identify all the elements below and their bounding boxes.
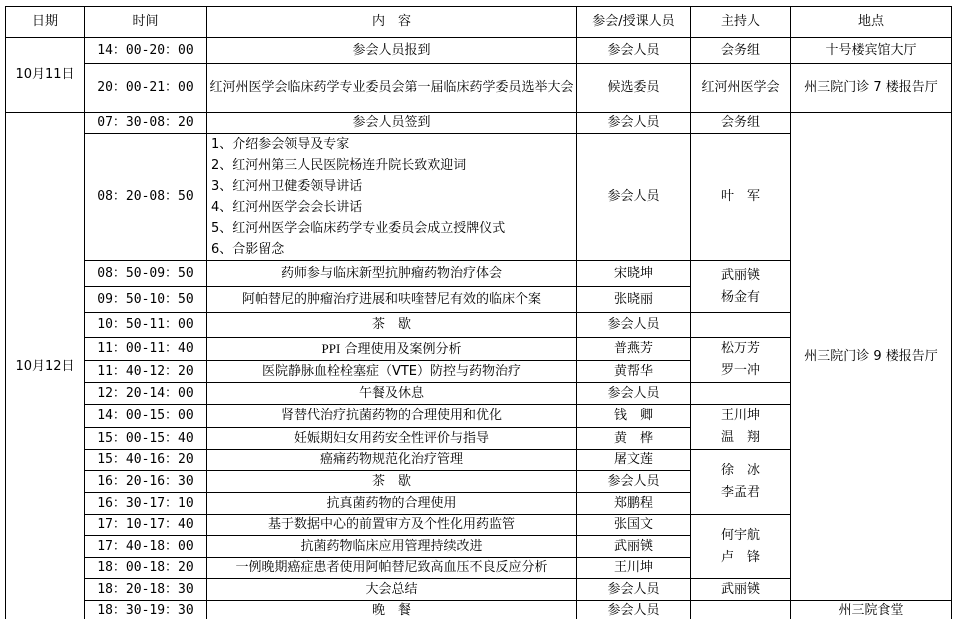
date-cell: 10月11日 <box>6 38 85 113</box>
host-cell: 会务组 <box>691 38 791 64</box>
time-cell: 08：50-09：50 <box>85 261 207 287</box>
host-cell-group: 武丽锳 杨金有 <box>691 261 791 313</box>
location-cell: 州三院食堂 <box>791 601 952 619</box>
time-cell: 12：20-14：00 <box>85 383 207 405</box>
host-cell: 红河州医学会 <box>691 64 791 113</box>
table-row: 20：00-21：00 红河州医学会临床药学专业委员会第一届临床药学委员选举大会… <box>6 64 952 113</box>
time-cell: 16：30-17：10 <box>85 493 207 515</box>
agenda-item: 1、介绍参会领导及专家 <box>211 134 574 155</box>
location-cell: 州三院门诊 9 楼报告厅 <box>791 113 952 601</box>
speaker-cell: 屠文莲 <box>577 450 691 471</box>
speaker-cell: 张晓丽 <box>577 287 691 313</box>
speaker-cell: 宋晓坤 <box>577 261 691 287</box>
content-prefix: PPI <box>322 341 341 356</box>
host-cell-group: 松万芳 罗一冲 <box>691 338 791 383</box>
host-cell-group: 王川坤 温 翔 <box>691 405 791 450</box>
content-cell: 药师参与临床新型抗肿瘤药物治疗体会 <box>207 261 577 287</box>
host-cell <box>691 383 791 405</box>
host-name: 武丽锳 <box>693 265 788 287</box>
host-name: 卢 锋 <box>693 547 788 569</box>
host-cell-group: 何宇航 卢 锋 <box>691 515 791 579</box>
content-cell: 妊娠期妇女用药安全性评价与指导 <box>207 428 577 450</box>
time-cell: 17：10-17：40 <box>85 515 207 536</box>
content-cell: 医院静脉血栓栓塞症（VTE）防控与药物治疗 <box>207 361 577 383</box>
content-cell: 阿帕替尼的肿瘤治疗进展和呋喹替尼有效的临床个案 <box>207 287 577 313</box>
speaker-cell: 张国文 <box>577 515 691 536</box>
host-cell: 武丽锳 <box>691 579 791 601</box>
time-cell: 15：00-15：40 <box>85 428 207 450</box>
content-cell: PPI 合理使用及案例分析 <box>207 338 577 361</box>
content-cell: 茶 歇 <box>207 313 577 338</box>
header-row: 日期 时间 内 容 参会/授课人员 主持人 地点 <box>6 7 952 38</box>
header-date: 日期 <box>6 7 85 38</box>
header-host: 主持人 <box>691 7 791 38</box>
speaker-cell: 参会人员 <box>577 134 691 261</box>
content-cell: 红河州医学会临床药学专业委员会第一届临床药学委员选举大会 <box>207 64 577 113</box>
content-cell: 癌痛药物规范化治疗管理 <box>207 450 577 471</box>
time-cell: 08：20-08：50 <box>85 134 207 261</box>
table-row: 18：30-19：30 晚 餐 参会人员 州三院食堂 <box>6 601 952 619</box>
agenda-item: 6、合影留念 <box>211 239 574 260</box>
conference-schedule-table: 日期 时间 内 容 参会/授课人员 主持人 地点 10月11日 14：00-20… <box>5 6 952 619</box>
speaker-cell: 黄 桦 <box>577 428 691 450</box>
speaker-cell: 参会人员 <box>577 38 691 64</box>
time-cell: 09：50-10：50 <box>85 287 207 313</box>
host-name: 松万芳 <box>693 338 788 360</box>
host-name: 罗一冲 <box>693 360 788 382</box>
content-cell-agenda-list: 1、介绍参会领导及专家 2、红河州第三人民医院杨连升院长致欢迎词 3、红河州卫健… <box>207 134 577 261</box>
speaker-cell: 参会人员 <box>577 383 691 405</box>
speaker-cell: 王川坤 <box>577 558 691 579</box>
header-time: 时间 <box>85 7 207 38</box>
time-cell: 15：40-16：20 <box>85 450 207 471</box>
header-location: 地点 <box>791 7 952 38</box>
content-cell: 抗真菌药物的合理使用 <box>207 493 577 515</box>
location-cell: 十号楼宾馆大厅 <box>791 38 952 64</box>
time-cell: 18：30-19：30 <box>85 601 207 619</box>
time-cell: 11：00-11：40 <box>85 338 207 361</box>
agenda-item: 3、红河州卫健委领导讲话 <box>211 176 574 197</box>
content-cell: 午餐及休息 <box>207 383 577 405</box>
content-cell: 茶 歇 <box>207 471 577 493</box>
content-text: 合理使用及案例分析 <box>344 342 461 357</box>
content-cell: 肾替代治疗抗菌药物的合理使用和优化 <box>207 405 577 428</box>
header-content: 内 容 <box>207 7 577 38</box>
host-name: 杨金有 <box>693 287 788 309</box>
speaker-cell: 候选委员 <box>577 64 691 113</box>
speaker-cell: 钱 卿 <box>577 405 691 428</box>
host-cell: 叶 军 <box>691 134 791 261</box>
table-row: 10月11日 14：00-20：00 参会人员报到 参会人员 会务组 十号楼宾馆… <box>6 38 952 64</box>
host-cell: 会务组 <box>691 113 791 134</box>
agenda-item: 4、红河州医学会会长讲话 <box>211 197 574 218</box>
speaker-cell: 武丽锳 <box>577 536 691 558</box>
date-cell: 10月12日 <box>6 113 85 619</box>
content-cell: 一例晚期癌症患者使用阿帕替尼致高血压不良反应分析 <box>207 558 577 579</box>
agenda-item: 2、红河州第三人民医院杨连升院长致欢迎词 <box>211 155 574 176</box>
speaker-cell: 参会人员 <box>577 113 691 134</box>
speaker-cell: 参会人员 <box>577 313 691 338</box>
speaker-cell: 参会人员 <box>577 471 691 493</box>
host-cell <box>691 313 791 338</box>
host-name: 王川坤 <box>693 405 788 427</box>
time-cell: 16：20-16：30 <box>85 471 207 493</box>
time-cell: 18：20-18：30 <box>85 579 207 601</box>
host-cell <box>691 601 791 619</box>
speaker-cell: 郑鹏程 <box>577 493 691 515</box>
speaker-cell: 普燕芳 <box>577 338 691 361</box>
header-speaker: 参会/授课人员 <box>577 7 691 38</box>
agenda-item: 5、红河州医学会临床药学专业委员会成立授牌仪式 <box>211 218 574 239</box>
time-cell: 17：40-18：00 <box>85 536 207 558</box>
speaker-cell: 参会人员 <box>577 579 691 601</box>
time-cell: 11：40-12：20 <box>85 361 207 383</box>
content-cell: 基于数据中心的前置审方及个性化用药监管 <box>207 515 577 536</box>
host-name: 李孟君 <box>693 482 788 504</box>
time-cell: 10：50-11：00 <box>85 313 207 338</box>
time-cell: 07：30-08：20 <box>85 113 207 134</box>
content-cell: 晚 餐 <box>207 601 577 619</box>
time-cell: 14：00-15：00 <box>85 405 207 428</box>
location-cell: 州三院门诊 7 楼报告厅 <box>791 64 952 113</box>
content-cell: 大会总结 <box>207 579 577 601</box>
content-cell: 抗菌药物临床应用管理持续改进 <box>207 536 577 558</box>
time-cell: 14：00-20：00 <box>85 38 207 64</box>
table-row: 10月12日 07：30-08：20 参会人员签到 参会人员 会务组 州三院门诊… <box>6 113 952 134</box>
content-cell: 参会人员报到 <box>207 38 577 64</box>
content-cell: 参会人员签到 <box>207 113 577 134</box>
time-cell: 20：00-21：00 <box>85 64 207 113</box>
host-name: 何宇航 <box>693 525 788 547</box>
host-name: 徐 冰 <box>693 460 788 482</box>
host-name: 温 翔 <box>693 427 788 449</box>
speaker-cell: 黄帮华 <box>577 361 691 383</box>
host-cell-group: 徐 冰 李孟君 <box>691 450 791 515</box>
time-cell: 18：00-18：20 <box>85 558 207 579</box>
speaker-cell: 参会人员 <box>577 601 691 619</box>
